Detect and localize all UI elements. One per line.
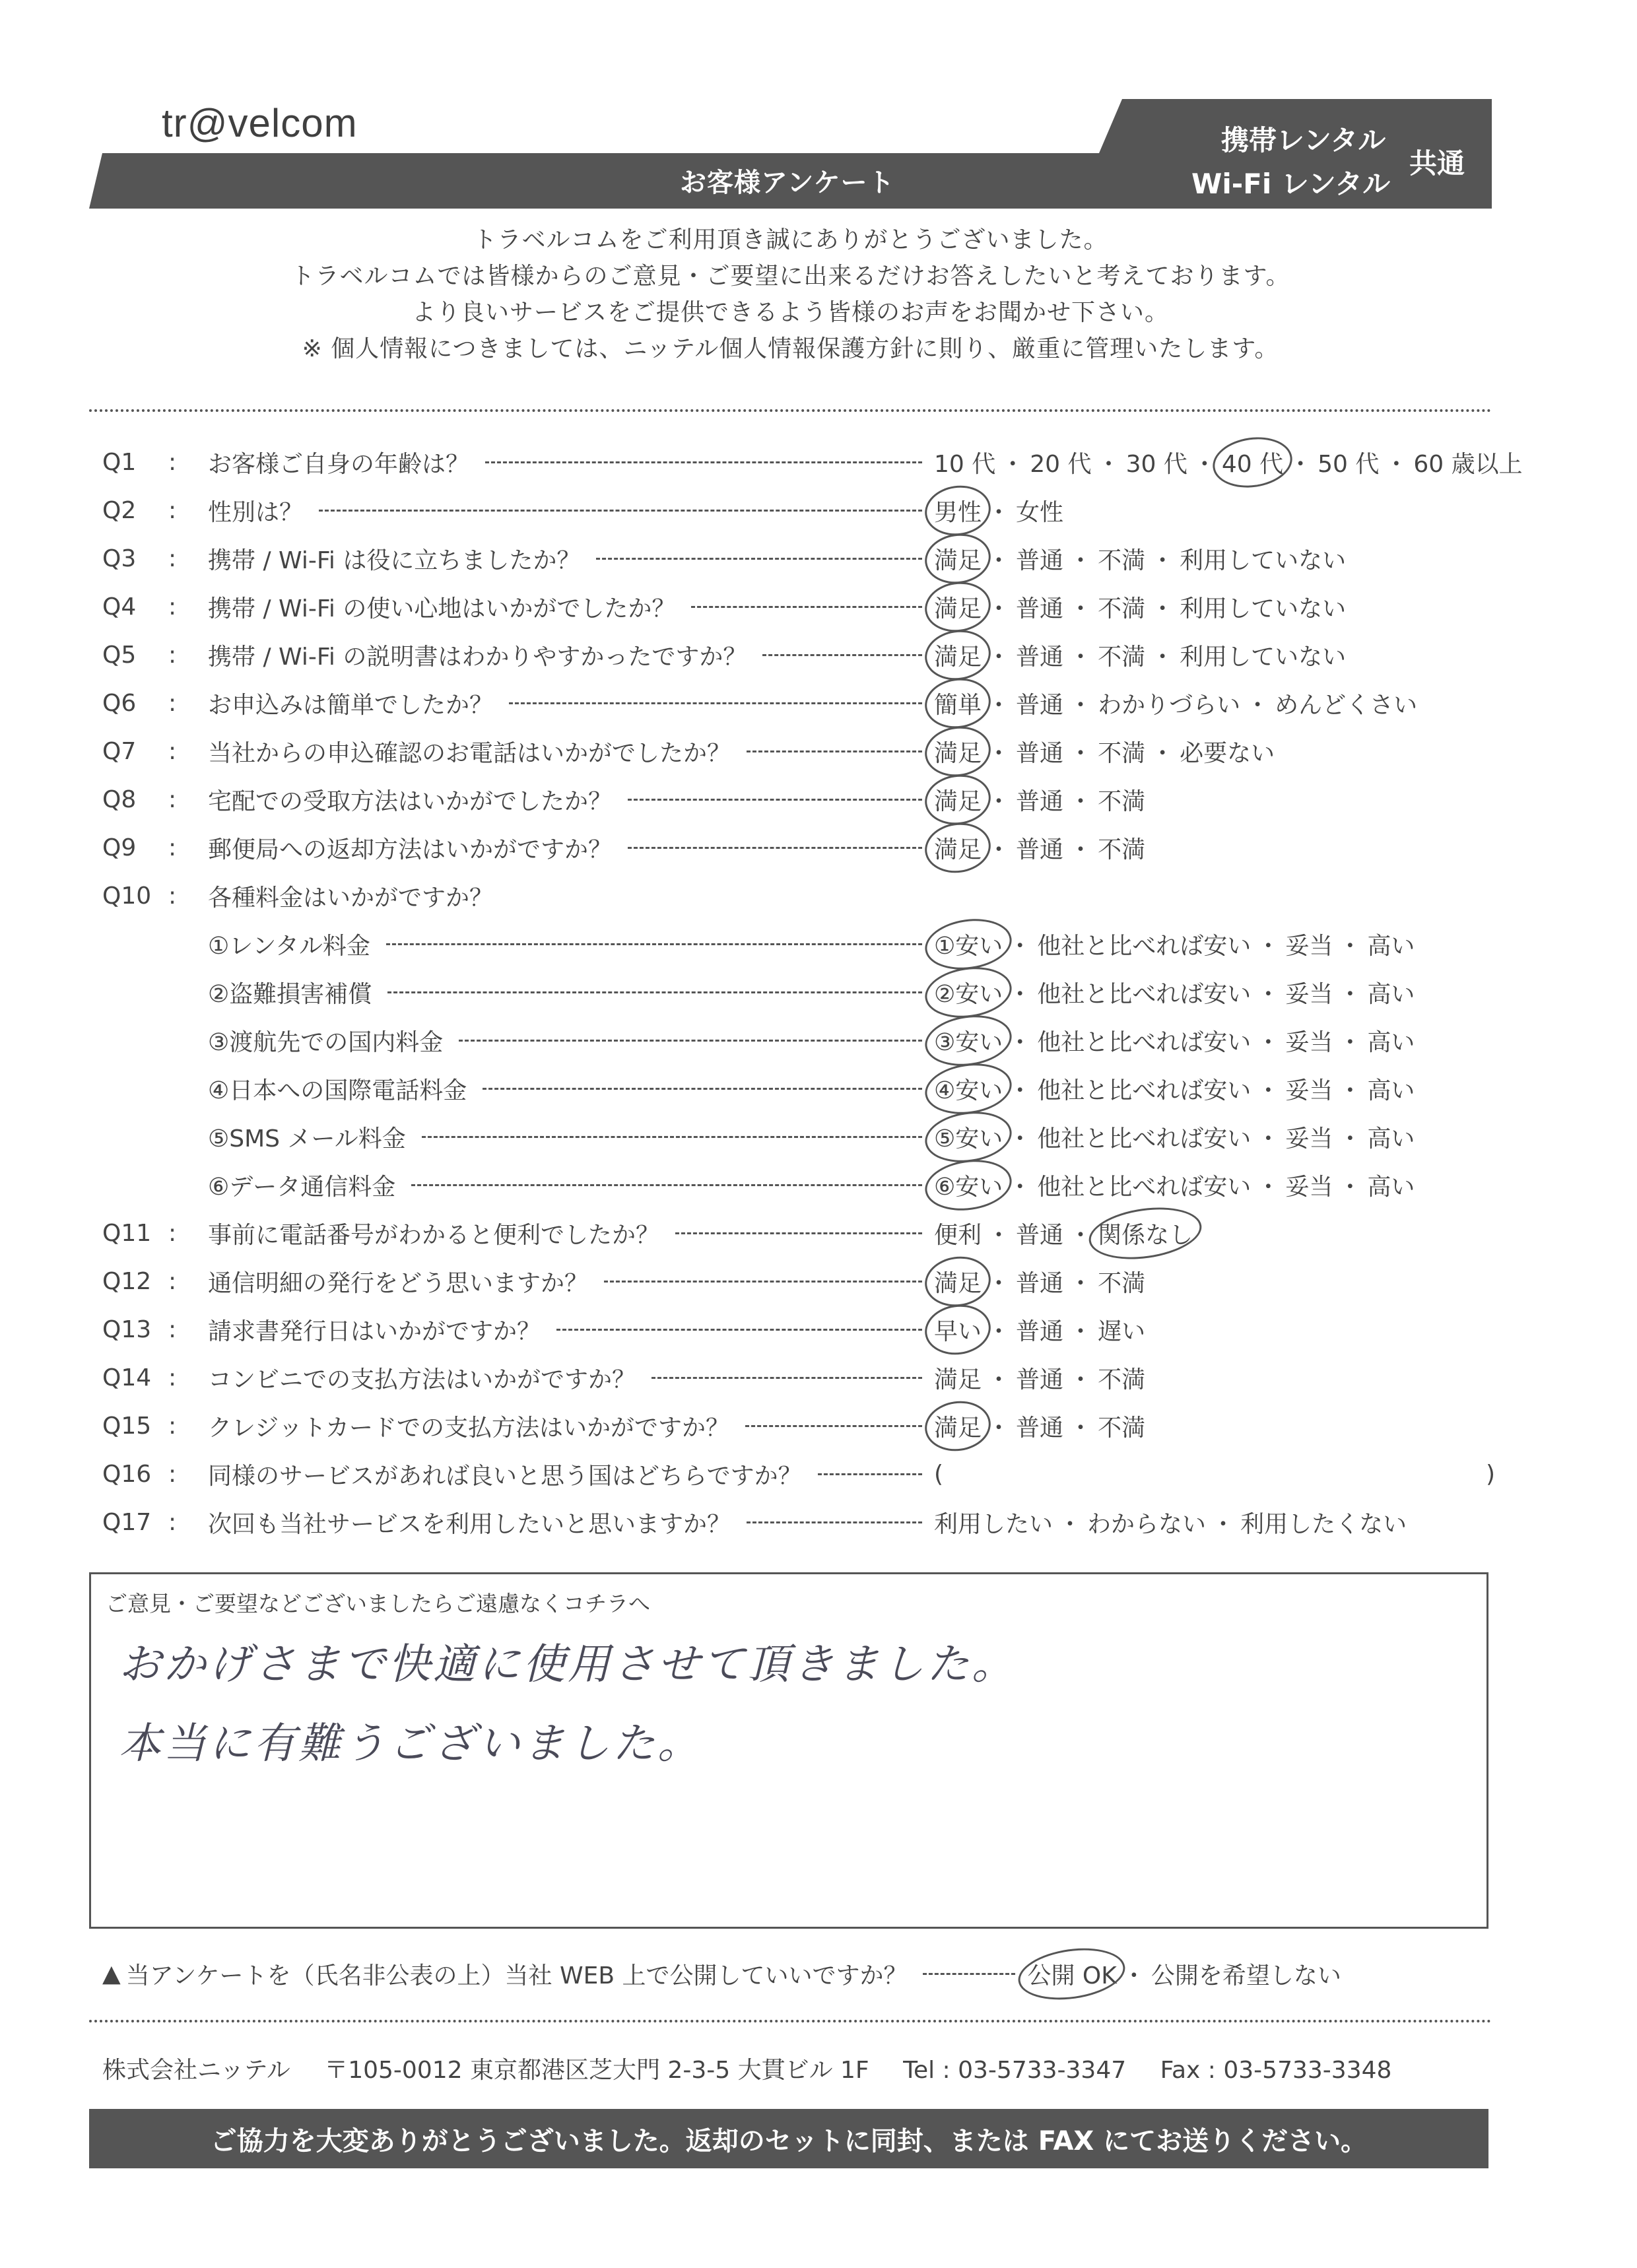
answer-option[interactable]: 他社と比べれば安い: [1037, 1120, 1251, 1154]
question-text: ①レンタル料金: [208, 927, 370, 961]
answer-option[interactable]: 女性: [1016, 494, 1063, 527]
company-name: 株式会社ニッテル: [102, 2057, 290, 2084]
answer-option[interactable]: わからない: [1087, 1506, 1206, 1539]
question-colon: :: [168, 1364, 208, 1391]
question-q10-sub-10: ①レンタル料金①安い・他社と比べれば安い・妥当・高い: [102, 924, 1495, 964]
answer-option[interactable]: 60 歳以上: [1413, 446, 1522, 479]
answer-option[interactable]: 満足: [934, 638, 982, 672]
answer-option[interactable]: 不満: [1098, 735, 1145, 768]
question-colon: :: [168, 834, 208, 861]
answer-option[interactable]: 妥当: [1285, 1024, 1333, 1057]
question-colon: :: [168, 545, 208, 572]
option-separator: ・: [1069, 1409, 1092, 1443]
company-tel: Tel : 03-5733-3347: [903, 2057, 1126, 2084]
leader-dots: [818, 1473, 922, 1475]
answer-option[interactable]: 高い: [1367, 1168, 1415, 1202]
question-number: Q3: [102, 545, 168, 572]
question-text: 当社からの申込確認のお電話はいかがでしたか？: [208, 735, 731, 768]
answer-option[interactable]: 普通: [1016, 1409, 1063, 1443]
answer-option[interactable]: 高い: [1367, 927, 1415, 961]
answer-options: ①安い・他社と比べれば安い・妥当・高い: [934, 927, 1495, 961]
option-separator: ・: [1069, 735, 1092, 768]
question-colon: :: [168, 1220, 208, 1247]
answer-option[interactable]: 普通: [1016, 831, 1063, 865]
answer-options: 利用したい・わからない・利用したくない: [934, 1506, 1495, 1539]
question-q10-sub-11: ②盗難損害補償②安い・他社と比べれば安い・妥当・高い: [102, 972, 1495, 1012]
option-separator: ・: [1256, 1072, 1280, 1106]
survey-title: お客様アンケート: [680, 162, 895, 199]
answer-option[interactable]: 普通: [1016, 590, 1063, 624]
leader-dots: [923, 1973, 1015, 1975]
triangle-marker-icon: ▲: [102, 1960, 121, 1987]
answer-option[interactable]: 10 代: [934, 446, 995, 479]
option-separator: ・: [1151, 590, 1174, 624]
question-text: 携帯 / Wi-Fi の使い心地はいかがでしたか？: [208, 590, 675, 624]
question-text: ⑤SMS メール料金: [208, 1120, 406, 1154]
option-separator: ・: [1338, 1072, 1362, 1106]
leader-dots: [651, 1377, 922, 1379]
answer-option[interactable]: 普通: [1016, 1217, 1063, 1250]
question-text: 請求書発行日はいかがですか？: [208, 1313, 541, 1347]
option-separator: ・: [1008, 1024, 1032, 1057]
option-separator: ・: [1069, 1361, 1092, 1395]
option-separator: ・: [1338, 927, 1362, 961]
option-separator: ・: [1008, 976, 1032, 1009]
option-separator: ・: [1338, 1024, 1362, 1057]
answer-option[interactable]: 普通: [1016, 1313, 1063, 1347]
answer-option[interactable]: 他社と比べれば安い: [1037, 976, 1251, 1009]
question-colon: :: [168, 1413, 208, 1440]
option-separator: ・: [1256, 976, 1280, 1009]
question-q15: Q15:クレジットカードでの支払方法はいかがですか？満足・普通・不満: [102, 1406, 1495, 1446]
leader-dots: [485, 461, 922, 463]
service-mobile-rental: 携帯レンタル: [1221, 119, 1386, 158]
comment-label: ご意見・ご要望などございましたらご遠慮なくコチラへ: [106, 1587, 650, 1618]
intro-line-3: より良いサービスをご提供できるよう皆様のお声をお聞かせ下さい。: [89, 294, 1492, 327]
answer-options: 満足・普通・不満: [934, 831, 1495, 865]
question-number: Q14: [102, 1364, 168, 1391]
question-text: ④日本への国際電話料金: [208, 1072, 467, 1106]
option-separator: ・: [1069, 1313, 1092, 1347]
answer-options: 満足・普通・不満: [934, 1265, 1495, 1298]
answer-option[interactable]: 不満: [1098, 783, 1145, 817]
answer-option[interactable]: 妥当: [1285, 976, 1333, 1009]
answer-options: 満足・普通・不満: [934, 1361, 1495, 1395]
leader-dots: [422, 1136, 922, 1138]
question-colon: :: [168, 1461, 208, 1488]
company-address: 〒105-0012 東京都港区芝大門 2-3-5 大貫ビル 1F: [324, 2057, 869, 2084]
answer-option[interactable]: 満足: [934, 1361, 982, 1395]
answer-option[interactable]: 他社と比べれば安い: [1037, 1024, 1251, 1057]
question-q4: Q4:携帯 / Wi-Fi の使い心地はいかがでしたか？満足・普通・不満・利用し…: [102, 587, 1495, 626]
answer-option[interactable]: 遅い: [1098, 1313, 1145, 1347]
question-number: Q17: [102, 1509, 168, 1536]
answer-option[interactable]: 50 代: [1318, 446, 1379, 479]
option-separator: ・: [1151, 735, 1174, 768]
option-separator: ・: [1008, 1072, 1032, 1106]
leader-dots: [628, 847, 922, 849]
answer-option[interactable]: 不満: [1098, 1409, 1145, 1443]
question-text: お客様ご自身の年齢は？: [208, 446, 469, 479]
question-number: Q6: [102, 690, 168, 717]
answer-option[interactable]: 満足: [934, 831, 982, 865]
answer-options: 満足・普通・不満・利用していない: [934, 590, 1495, 624]
question-q6: Q6:お申込みは簡単でしたか？簡単・普通・わかりづらい・めんどくさい: [102, 683, 1495, 723]
answer-option[interactable]: 他社と比べれば安い: [1037, 927, 1251, 961]
handwritten-comment-line-2: 本当に有難うございました。: [119, 1710, 702, 1770]
option-separator: ・: [1288, 446, 1312, 479]
option-separator: ・: [1338, 976, 1362, 1009]
answer-option[interactable]: ①安い: [934, 927, 1003, 961]
answer-option[interactable]: 満足: [934, 735, 982, 768]
question-text: 郵便局への返却方法はいかがですか？: [208, 831, 612, 865]
question-colon: :: [168, 690, 208, 717]
answer-option[interactable]: 利用したくない: [1240, 1506, 1407, 1539]
leader-dots: [675, 1232, 922, 1234]
company-fax: Fax : 03-5733-3348: [1160, 2057, 1392, 2084]
answer-option[interactable]: 男性: [934, 494, 982, 527]
question-q5: Q5:携帯 / Wi-Fi の説明書はわかりやすかったですか？満足・普通・不満・…: [102, 635, 1495, 675]
answer-options: 満足・普通・不満・利用していない: [934, 542, 1495, 576]
option-separator: ・: [1151, 638, 1174, 672]
company-address-line: 株式会社ニッテル 〒105-0012 東京都港区芝大門 2-3-5 大貫ビル 1…: [102, 2051, 1418, 2085]
answer-option[interactable]: 妥当: [1285, 1072, 1333, 1106]
leader-dots: [387, 991, 922, 993]
closing-message: ご協力を大変ありがとうございました。返却のセットに同封、または FAX にてお送…: [211, 2120, 1367, 2158]
answer-option[interactable]: 不満: [1098, 1361, 1145, 1395]
question-text: コンビニでの支払方法はいかがですか？: [208, 1361, 636, 1395]
answer-option[interactable]: 満足: [934, 542, 982, 576]
question-q10-sub-14: ⑤SMS メール料金⑤安い・他社と比べれば安い・妥当・高い: [102, 1117, 1495, 1156]
answer-option[interactable]: 不満: [1098, 1265, 1145, 1298]
answer-option[interactable]: 普通: [1016, 1265, 1063, 1298]
leader-dots: [747, 1521, 922, 1523]
answer-option[interactable]: 高い: [1367, 1120, 1415, 1154]
question-colon: :: [168, 1316, 208, 1343]
question-text: お申込みは簡単でしたか？: [208, 686, 493, 720]
question-text: ⑥データ通信料金: [208, 1168, 395, 1202]
question-q13: Q13:請求書発行日はいかがですか？早い・普通・遅い: [102, 1310, 1495, 1349]
answer-option[interactable]: 普通: [1016, 735, 1063, 768]
publish-option-decline[interactable]: 公開を希望しない: [1151, 1957, 1341, 1991]
answer-option[interactable]: 普通: [1016, 1361, 1063, 1395]
question-q8: Q8:宅配での受取方法はいかがでしたか？満足・普通・不満: [102, 780, 1495, 819]
answer-option[interactable]: 関係なし: [1098, 1217, 1193, 1250]
question-q10-sub-13: ④日本への国際電話料金④安い・他社と比べれば安い・妥当・高い: [102, 1069, 1495, 1108]
leader-dots: [386, 943, 922, 945]
publish-option-ok[interactable]: 公開 OK: [1027, 1957, 1116, 1991]
question-colon: :: [168, 738, 208, 765]
option-separator: ・: [1256, 1168, 1280, 1202]
service-common-label: 共通: [1409, 142, 1465, 182]
answer-option[interactable]: 便利: [934, 1217, 982, 1250]
answer-option[interactable]: 高い: [1367, 976, 1415, 1009]
question-colon: :: [168, 642, 208, 669]
intro-line-4: ※ 個人情報につきましては、ニッテル個人情報保護方針に則り、厳重に管理いたします…: [89, 330, 1492, 364]
answer-option[interactable]: 不満: [1098, 542, 1145, 576]
question-colon: :: [168, 1509, 208, 1536]
close-paren: ): [1486, 1461, 1495, 1488]
option-separator: ・: [987, 1217, 1011, 1250]
leader-dots: [691, 606, 922, 608]
option-separator: ・: [1338, 1168, 1362, 1202]
answer-options: 満足・普通・不満・必要ない: [934, 735, 1495, 768]
answer-option[interactable]: 他社と比べれば安い: [1037, 1072, 1251, 1106]
option-separator: ・: [1069, 638, 1092, 672]
question-number: Q9: [102, 834, 168, 861]
option-separator: ・: [987, 1361, 1011, 1395]
question-number: Q15: [102, 1413, 168, 1440]
answer-option[interactable]: 妥当: [1285, 927, 1333, 961]
answer-options: ⑤安い・他社と比べれば安い・妥当・高い: [934, 1120, 1495, 1154]
leader-dots: [762, 654, 922, 656]
question-q9: Q9:郵便局への返却方法はいかがですか？満足・普通・不満: [102, 828, 1495, 867]
question-q3: Q3:携帯 / Wi-Fi は役に立ちましたか？満足・普通・不満・利用していない: [102, 539, 1495, 578]
question-text: 宅配での受取方法はいかがでしたか？: [208, 783, 612, 817]
answer-option[interactable]: 普通: [1016, 542, 1063, 576]
answer-options: ②安い・他社と比べれば安い・妥当・高い: [934, 976, 1495, 1009]
answer-options: 早い・普通・遅い: [934, 1313, 1495, 1347]
divider: [89, 2020, 1492, 2022]
question-q2: Q2:性別は？男性・女性: [102, 490, 1495, 530]
question-text: 各種料金はいかがですか？: [208, 879, 493, 913]
question-number: Q1: [102, 449, 168, 476]
answer-option[interactable]: 早い: [934, 1313, 982, 1347]
question-text: 通信明細の発行をどう思いますか？: [208, 1265, 588, 1298]
answer-option[interactable]: ⑤安い: [934, 1120, 1003, 1154]
answer-option[interactable]: 不満: [1098, 590, 1145, 624]
question-text: クレジットカードでの支払方法はいかがですか？: [208, 1409, 729, 1443]
option-separator: ・: [1151, 542, 1174, 576]
question-text: 次回も当社サービスを利用したいと思いますか？: [208, 1506, 731, 1539]
answer-option[interactable]: わかりづらい: [1098, 686, 1240, 720]
option-separator: ・: [1008, 1168, 1032, 1202]
answer-option[interactable]: 普通: [1016, 638, 1063, 672]
answer-option[interactable]: 満足: [934, 1265, 982, 1298]
question-q1: Q1:お客様ご自身の年齢は？10 代・20 代・30 代・40 代・50 代・6…: [102, 442, 1495, 482]
leader-dots: [628, 799, 922, 801]
answer-option[interactable]: 高い: [1367, 1024, 1415, 1057]
answer-option[interactable]: 利用していない: [1180, 542, 1346, 576]
publish-question-row: ▲ 当アンケートを（氏名非公表の上）当社 WEB 上で公開していいですか？ 公開…: [102, 1957, 1495, 1991]
option-separator: ・: [1256, 927, 1280, 961]
leader-dots: [604, 1281, 922, 1283]
answer-option[interactable]: 40 代: [1222, 446, 1283, 479]
question-number: Q5: [102, 642, 168, 669]
option-separator: ・: [1008, 927, 1032, 961]
question-q10-sub-12: ③渡航先での国内料金③安い・他社と比べれば安い・妥当・高い: [102, 1020, 1495, 1060]
question-q7: Q7:当社からの申込確認のお電話はいかがでしたか？満足・普通・不満・必要ない: [102, 731, 1495, 771]
answer-option[interactable]: ②安い: [934, 976, 1003, 1009]
answer-option[interactable]: 普通: [1016, 783, 1063, 817]
question-q12: Q12:通信明細の発行をどう思いますか？満足・普通・不満: [102, 1261, 1495, 1301]
answer-option[interactable]: 簡単: [934, 686, 982, 720]
option-separator: ・: [1069, 831, 1092, 865]
answer-option[interactable]: 利用していない: [1180, 590, 1346, 624]
question-colon: :: [168, 883, 208, 910]
question-colon: :: [168, 786, 208, 813]
answer-option[interactable]: 必要ない: [1180, 735, 1275, 768]
answer-option[interactable]: 不満: [1098, 638, 1145, 672]
answer-option[interactable]: 満足: [934, 783, 982, 817]
answer-option[interactable]: 不満: [1098, 831, 1145, 865]
option-separator: ・: [1384, 446, 1408, 479]
option-separator: ・: [1008, 1120, 1032, 1154]
question-text: ③渡航先での国内料金: [208, 1024, 443, 1057]
answer-options: 男性・女性: [934, 494, 1495, 527]
answer-options: 便利・普通・関係なし: [934, 1217, 1495, 1250]
question-number: Q4: [102, 593, 168, 620]
intro-line-2: トラベルコムでは皆様からのご意見・ご要望に出来るだけお答えしたいと考えております…: [89, 257, 1492, 291]
answer-options: ③安い・他社と比べれば安い・妥当・高い: [934, 1024, 1495, 1057]
service-wifi-rental: Wi-Fi レンタル: [1191, 162, 1390, 202]
question-number: Q13: [102, 1316, 168, 1343]
answer-option[interactable]: 普通: [1016, 686, 1063, 720]
free-text-field[interactable]: (): [934, 1461, 1495, 1488]
answer-options: 満足・普通・不満・利用していない: [934, 638, 1495, 672]
leader-dots: [745, 1425, 922, 1427]
leader-dots: [411, 1184, 922, 1186]
answer-option[interactable]: 妥当: [1285, 1168, 1333, 1202]
answer-options: 満足・普通・不満: [934, 783, 1495, 817]
answer-option[interactable]: 満足: [934, 1409, 982, 1443]
leader-dots: [483, 1088, 922, 1090]
divider: [89, 409, 1492, 412]
answer-option[interactable]: 満足: [934, 590, 982, 624]
answer-options: 満足・普通・不満: [934, 1409, 1495, 1443]
leader-dots: [556, 1329, 922, 1331]
question-number: Q12: [102, 1268, 168, 1295]
option-separator: ・: [1246, 686, 1269, 720]
publish-question: 当アンケートを（氏名非公表の上）当社 WEB 上で公開していいですか？: [126, 1957, 908, 1991]
leader-dots: [459, 1040, 922, 1042]
answer-option[interactable]: 妥当: [1285, 1120, 1333, 1154]
question-number: Q10: [102, 883, 168, 910]
intro-line-1: トラベルコムをご利用頂き誠にありがとうございました。: [89, 221, 1492, 255]
answer-options: 簡単・普通・わかりづらい・めんどくさい: [934, 686, 1495, 720]
question-colon: :: [168, 1268, 208, 1295]
leader-dots: [596, 558, 922, 560]
answer-option[interactable]: 利用したい: [934, 1506, 1053, 1539]
answer-option[interactable]: 高い: [1367, 1072, 1415, 1106]
option-separator: ・: [1069, 686, 1092, 720]
option-separator: ・: [1256, 1024, 1280, 1057]
question-colon: :: [168, 497, 208, 524]
question-text: 性別は？: [208, 494, 303, 527]
question-q16: Q16:同様のサービスがあれば良いと思う国はどちらですか？(): [102, 1454, 1495, 1494]
option-separator: ・: [1058, 1506, 1082, 1539]
answer-options: 10 代・20 代・30 代・40 代・50 代・60 歳以上: [934, 446, 1495, 479]
question-number: Q7: [102, 738, 168, 765]
question-q11: Q11:事前に電話番号がわかると便利でしたか？便利・普通・関係なし: [102, 1213, 1495, 1253]
question-q17: Q17:次回も当社サービスを利用したいと思いますか？利用したい・わからない・利用…: [102, 1502, 1495, 1542]
option-separator: ・: [1211, 1506, 1235, 1539]
answer-option[interactable]: 利用していない: [1180, 638, 1346, 672]
question-q10: Q10:各種料金はいかがですか？: [102, 876, 1495, 916]
question-colon: :: [168, 593, 208, 620]
option-separator: ・: [1069, 1265, 1092, 1298]
question-text: 携帯 / Wi-Fi の説明書はわかりやすかったですか？: [208, 638, 747, 672]
question-number: Q8: [102, 786, 168, 813]
answer-option[interactable]: 30 代: [1126, 446, 1187, 479]
leader-dots: [747, 750, 922, 752]
question-text: ②盗難損害補償: [208, 976, 372, 1009]
answer-options: ④安い・他社と比べれば安い・妥当・高い: [934, 1072, 1495, 1106]
question-text: 携帯 / Wi-Fi は役に立ちましたか？: [208, 542, 580, 576]
question-colon: :: [168, 449, 208, 476]
question-number: Q16: [102, 1461, 168, 1488]
question-text: 事前に電話番号がわかると便利でしたか？: [208, 1217, 659, 1250]
question-number: Q11: [102, 1220, 168, 1247]
option-separator: ・: [1069, 783, 1092, 817]
leader-dots: [319, 510, 922, 512]
answer-options: ⑥安い・他社と比べれば安い・妥当・高い: [934, 1168, 1495, 1202]
answer-option[interactable]: ⑥安い: [934, 1168, 1003, 1202]
question-number: Q2: [102, 497, 168, 524]
question-q14: Q14:コンビニでの支払方法はいかがですか？満足・普通・不満: [102, 1358, 1495, 1397]
question-text: 同様のサービスがあれば良いと思う国はどちらですか？: [208, 1457, 802, 1491]
option-separator: ・: [1097, 446, 1121, 479]
option-separator: ・: [1069, 590, 1092, 624]
answer-option[interactable]: ③安い: [934, 1024, 1003, 1057]
option-separator: ・: [1001, 446, 1024, 479]
answer-option[interactable]: 他社と比べれば安い: [1037, 1168, 1251, 1202]
option-separator: ・: [1256, 1120, 1280, 1154]
open-paren: (: [934, 1461, 943, 1488]
leader-dots: [509, 702, 922, 704]
question-q10-sub-15: ⑥データ通信料金⑥安い・他社と比べれば安い・妥当・高い: [102, 1165, 1495, 1205]
answer-option[interactable]: 20 代: [1030, 446, 1091, 479]
answer-option[interactable]: めんどくさい: [1275, 686, 1417, 720]
closing-banner: ご協力を大変ありがとうございました。返却のセットに同封、または FAX にてお送…: [89, 2109, 1488, 2168]
answer-option[interactable]: ④安い: [934, 1072, 1003, 1106]
option-separator: ・: [1069, 542, 1092, 576]
option-separator: ・: [1069, 1217, 1092, 1250]
handwritten-comment-line-1: おかげさまで快適に使用させて頂きました。: [119, 1630, 1017, 1691]
option-separator: ・: [1338, 1120, 1362, 1154]
